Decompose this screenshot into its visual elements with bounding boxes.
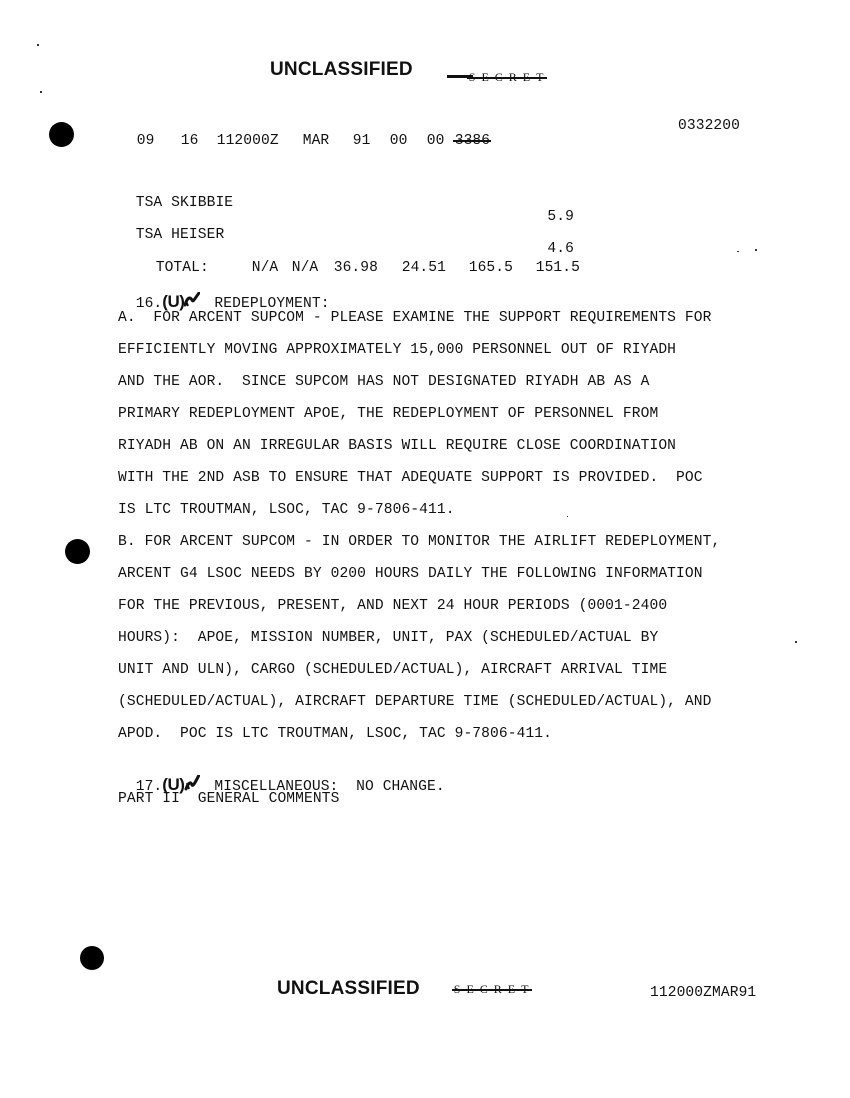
scan-speck [755,249,757,251]
struck-marking-scribble-icon [184,292,198,306]
paragraph-b-line: B. FOR ARCENT SUPCOM - IN ORDER TO MONIT… [118,535,720,550]
dtg-field: 09 [137,134,181,149]
paragraph-a-line: AND THE AOR. SINCE SUPCOM HAS NOT DESIGN… [118,375,649,390]
scan-speck [567,516,568,517]
paragraph-b-line: FOR THE PREVIOUS, PRESENT, AND NEXT 24 H… [118,599,667,614]
paragraph-a-line: EFFICIENTLY MOVING APPROXIMATELY 15,000 … [118,343,676,358]
paragraph-a-line: WITH THE 2ND ASB TO ENSURE THAT ADEQUATE… [118,471,703,486]
classification-label: UNCLASSIFIED [270,59,413,80]
total-value: 36.98 [334,261,402,276]
footer-classification: UNCLASSIFIED SECRET [277,979,534,999]
header-classification: UNCLASSIFIED SECRET [270,60,549,80]
paragraph-b-line: (SCHEDULED/ACTUAL), AIRCRAFT DEPARTURE T… [118,695,711,710]
punch-hole-bottom [80,946,104,970]
scan-speck [40,91,42,93]
paragraph-b-line: APOD. POC IS LTC TROUTMAN, LSOC, TAC 9-7… [118,727,552,742]
paragraph-a-line: IS LTC TROUTMAN, LSOC, TAC 9-7806-411. [118,503,455,518]
part-ii-heading: PART II GENERAL COMMENTS [118,792,339,807]
total-value: 151.5 [536,260,580,276]
dtg-field: MAR [303,134,353,149]
dtg-field: 112000Z [217,134,303,149]
struck-marking-scribble-icon [184,775,198,789]
row-label: TSA SKIBBIE [136,195,233,211]
dtg-field: 00 [427,134,455,149]
total-value: 165.5 [469,261,536,276]
paragraph-a-line: PRIMARY REDEPLOYMENT APOE, THE REDEPLOYM… [118,407,658,422]
total-value: 24.51 [402,261,469,276]
dtg-field: 16 [181,134,217,149]
total-value: N/A [252,261,292,276]
paragraph-b-line: ARCENT G4 LSOC NEEDS BY 0200 HOURS DAILY… [118,567,703,582]
footer-dtg: 112000ZMAR91 [650,986,756,1001]
paragraph-a-line: RIYADH AB ON AN IRREGULAR BASIS WILL REQ… [118,439,676,454]
struck-classification: SECRET [469,71,550,83]
section-16-heading: 16.(U)REDEPLOYMENT: [118,277,330,311]
scan-speck [737,251,739,252]
punch-hole-middle [65,539,90,564]
paragraph-b-line: UNIT AND ULN), CARGO (SCHEDULED/ACTUAL),… [118,663,667,678]
paragraph-a-line: A. FOR ARCENT SUPCOM - PLEASE EXAMINE TH… [118,311,711,326]
scan-speck [37,44,39,46]
section-17-heading: 17.(U)MISCELLANEOUS: NO CHANGE. [118,760,445,794]
scan-speck [795,641,797,643]
dtg-field: 91 [353,134,390,149]
total-label: TOTAL: [156,261,252,276]
struck-classification: SECRET [454,983,535,995]
punch-hole-top [49,122,74,147]
classification-marking: (U) [162,292,184,311]
table-total-row: TOTAL:N/AN/A36.9824.51165.5151.5 [138,246,580,275]
total-value: N/A [292,261,334,276]
document-number: 0332200 [678,119,740,134]
paragraph-b-line: HOURS): APOE, MISSION NUMBER, UNIT, PAX … [118,631,658,646]
struck-value: 3386 [455,134,490,149]
row-label: TSA HEISER [136,227,225,243]
dtg-line: 0916112000ZMAR9100003386 [119,119,490,148]
classification-label: UNCLASSIFIED [277,978,420,999]
dtg-field: 00 [390,134,427,149]
